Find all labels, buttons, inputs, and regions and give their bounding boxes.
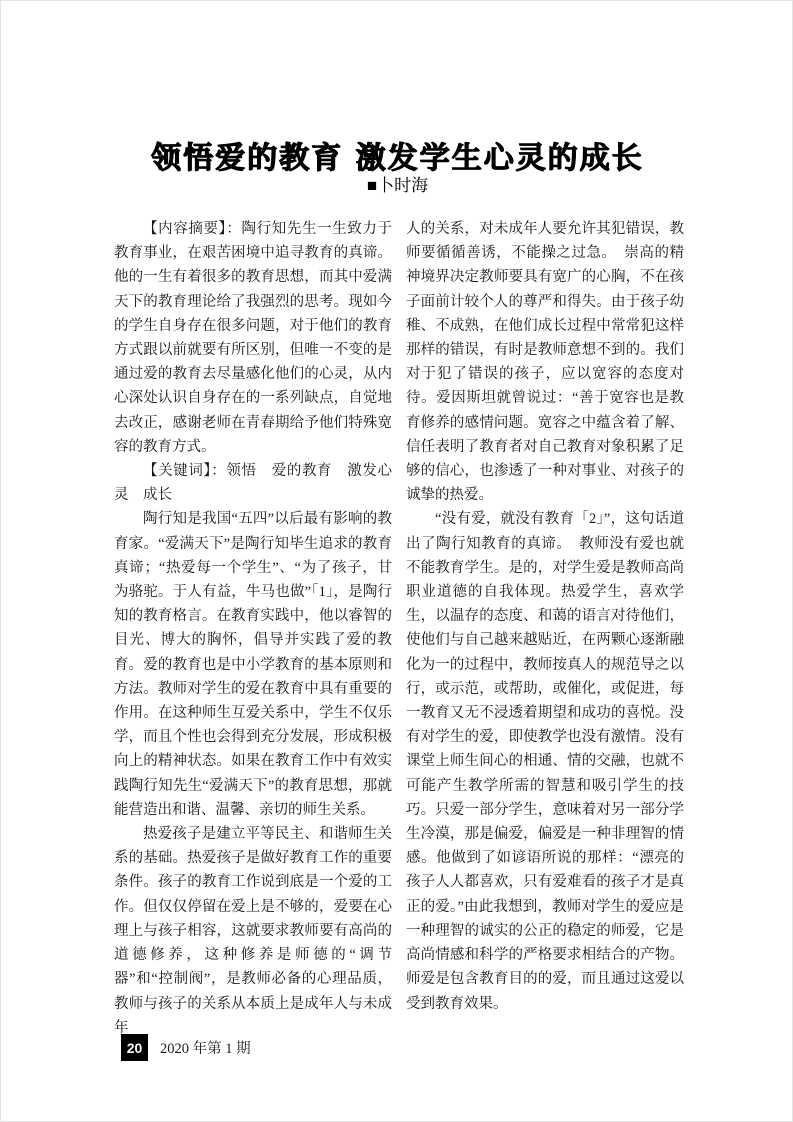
left-column: 【内容摘要】：陶行知先生一生致力于教育事业，在艰苦困境中追寻教育的真谛。他的一生… xyxy=(114,217,392,1040)
paragraph: 陶行知是我国“五四”以后最有影响的教育家。“爱满天下”是陶行知毕生追求的教育真谛… xyxy=(114,507,392,822)
paragraph: 【关键词】：领悟 爱的教育 激发心灵 成长 xyxy=(114,459,392,507)
page-footer: 20 2020 年第 1 期 xyxy=(121,1034,251,1061)
article-body: 【内容摘要】：陶行知先生一生致力于教育事业，在艰苦困境中追寻教育的真谛。他的一生… xyxy=(114,217,684,1040)
paragraph: “没有爱，就没有教育「2」”，这句话道出了陶行知教育的真谛。 教师没有爱也就不能… xyxy=(406,507,684,1015)
paragraph: 热爱孩子是建立平等民主、和谐师生关系的基础。热爱孩子是做好教育工作的重要条件。孩… xyxy=(114,822,392,1040)
paragraph: 【内容摘要】：陶行知先生一生致力于教育事业，在艰苦困境中追寻教育的真谛。他的一生… xyxy=(114,217,392,459)
paragraph: 人的关系，对未成年人要允许其犯错误，教师要循循善诱，不能操之过急。 崇高的精神境… xyxy=(406,217,684,507)
journal-page: 领悟爱的教育 激发学生心灵的成长 ■卜时海 【内容摘要】：陶行知先生一生致力于教… xyxy=(0,0,793,1122)
issue-label: 2020 年第 1 期 xyxy=(160,1037,251,1058)
right-column: 人的关系，对未成年人要允许其犯错误，教师要循循善诱，不能操之过急。 崇高的精神境… xyxy=(406,217,684,1040)
author-byline: ■卜时海 xyxy=(1,171,793,196)
page-number-badge: 20 xyxy=(121,1034,148,1061)
